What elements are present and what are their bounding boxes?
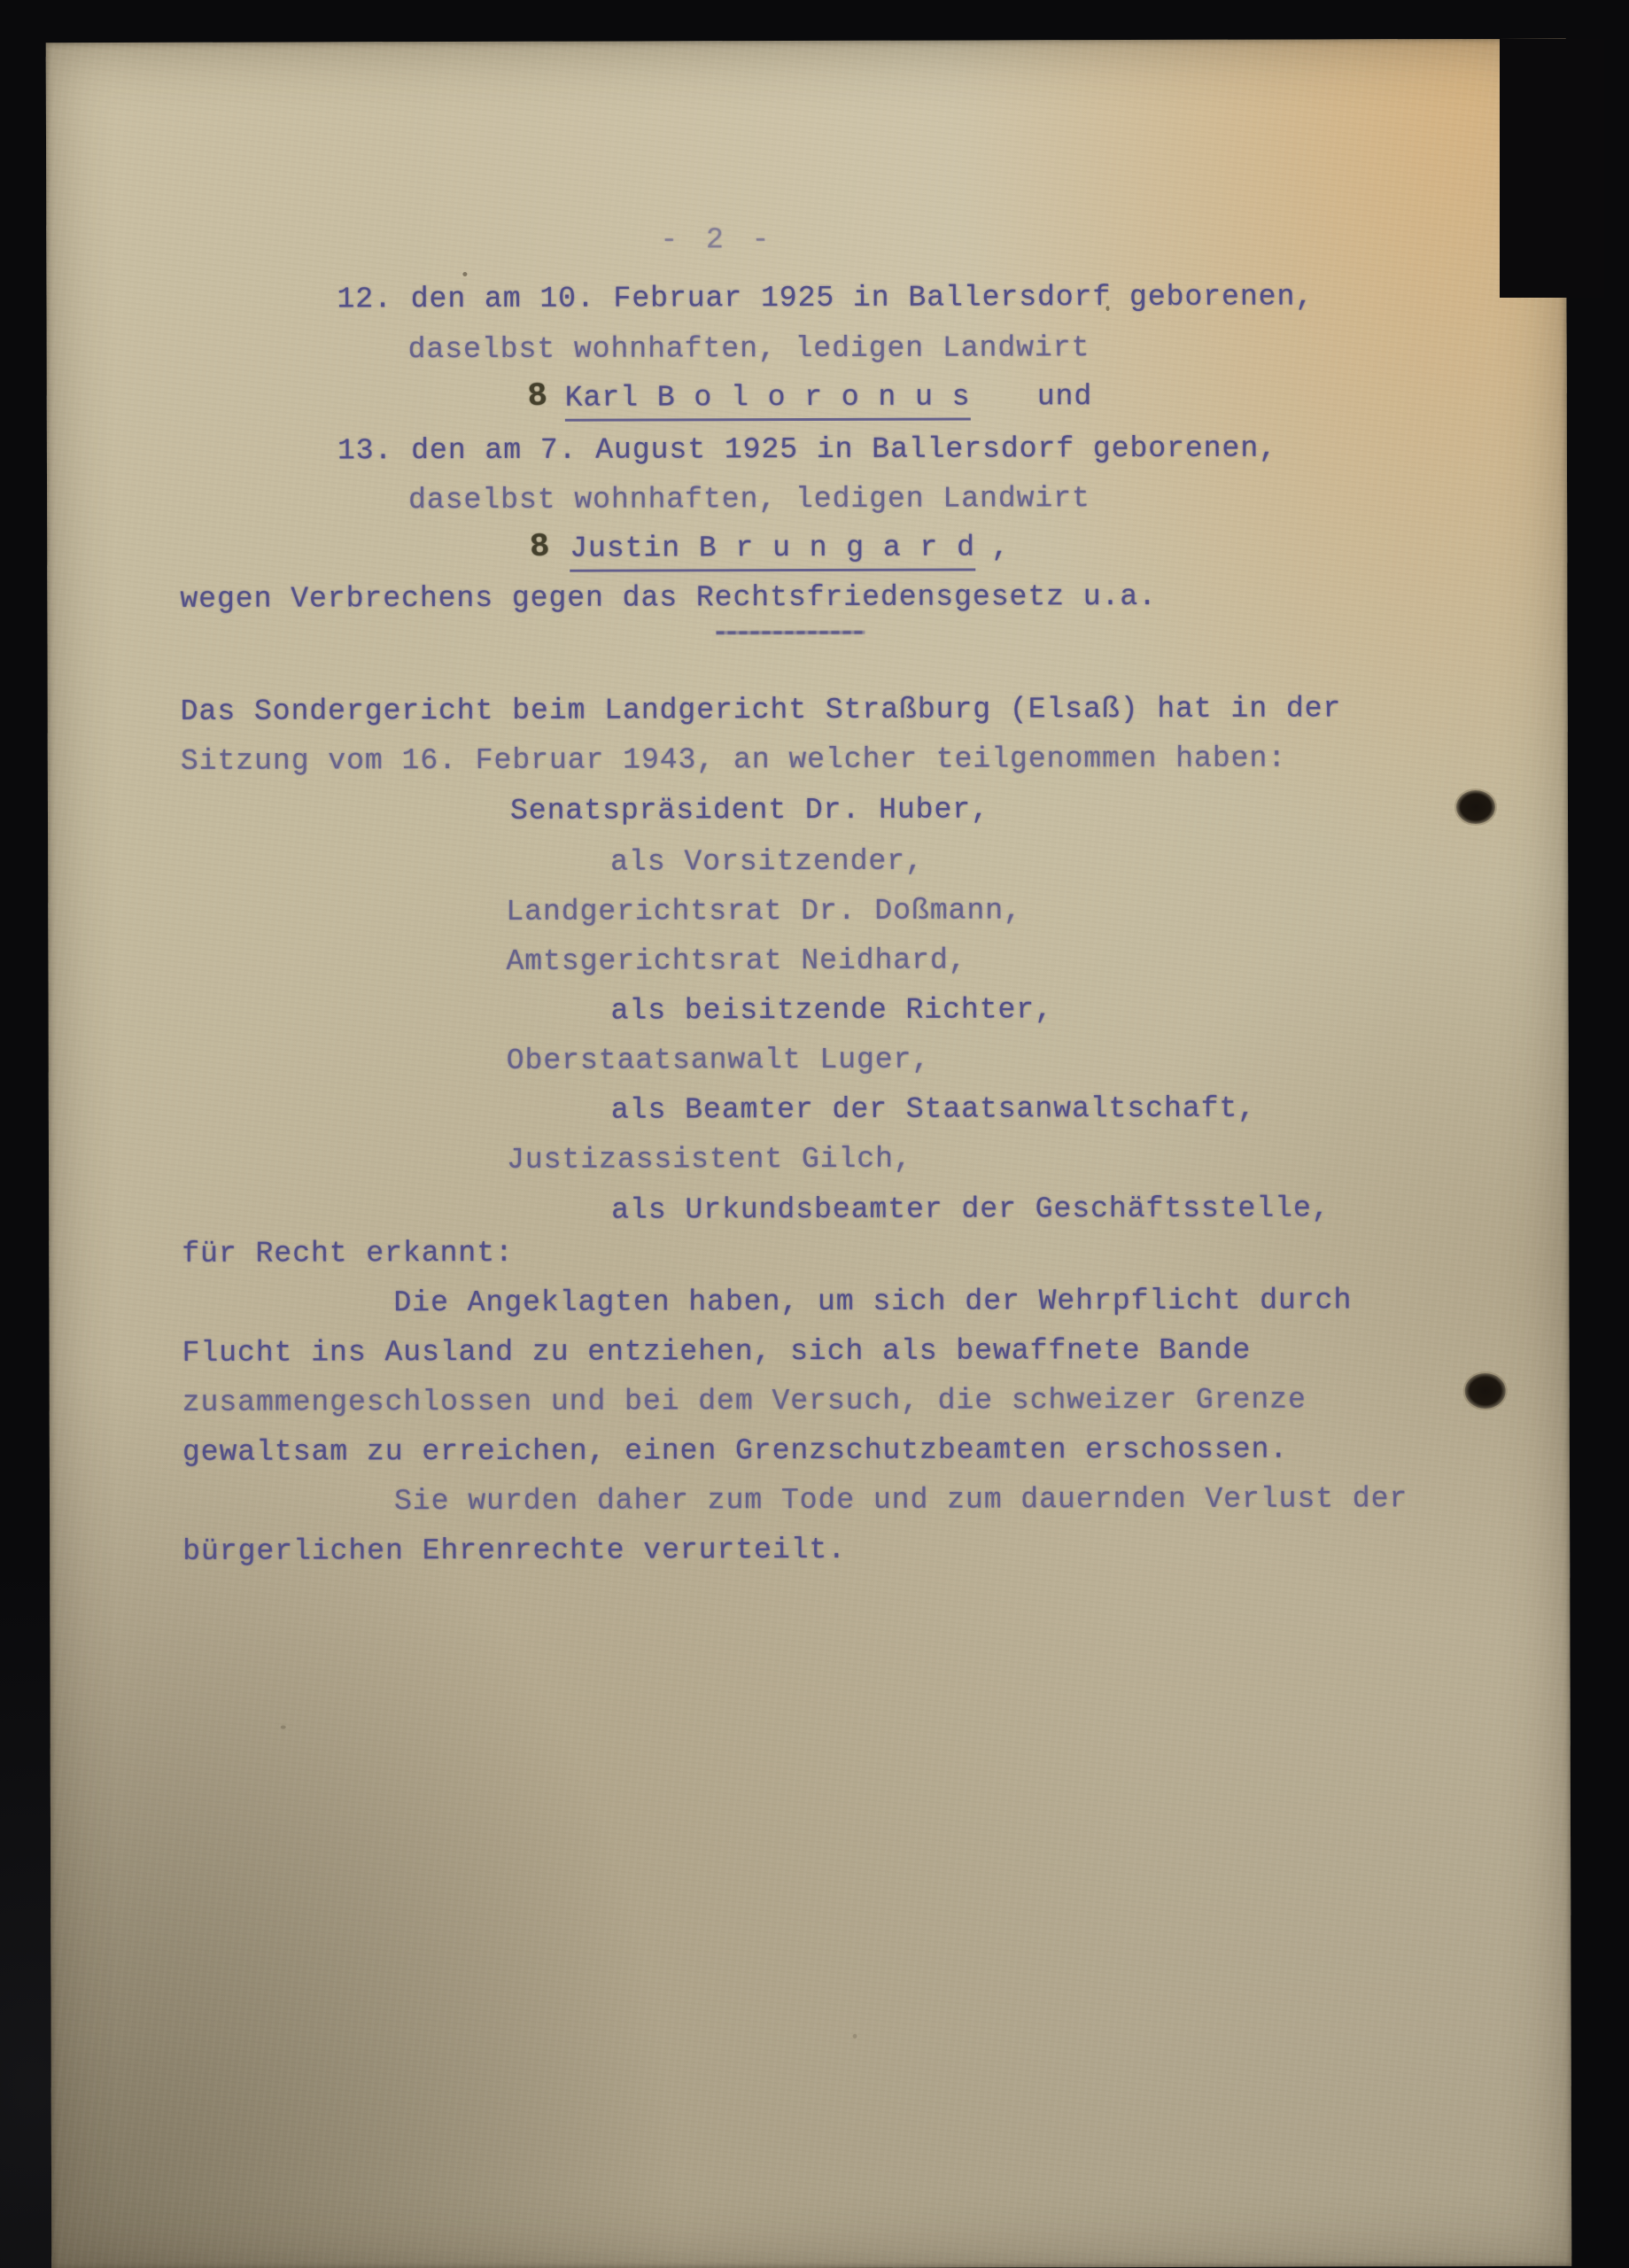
verdict-line: gewaltsam zu erreichen, einen Grenzschut… <box>182 1433 1288 1470</box>
punch-hole <box>1465 1373 1506 1409</box>
charge-line: wegen Verbrechens gegen das Rechtsfriede… <box>180 580 1157 617</box>
defendant-name: Karl B o l o r o n u s <box>565 381 971 422</box>
participant-line: als Vorsitzender, <box>610 845 924 880</box>
paper-speck <box>462 272 467 276</box>
scan-background: - 2 - 12. den am 10. Februar 1925 in Bal… <box>0 0 1629 2268</box>
paper-page: - 2 - 12. den am 10. Februar 1925 in Bal… <box>46 39 1572 2268</box>
participant-line: Landgerichtsrat Dr. Doßmann, <box>506 894 1022 928</box>
court-intro-line-1: Das Sondergericht beim Landgericht Straß… <box>181 692 1342 728</box>
participant-line: Oberstaatsanwalt Luger, <box>507 1044 931 1078</box>
participant-line: Amtsgerichtsrat Neidhard, <box>506 944 966 979</box>
separator-rule <box>716 631 865 634</box>
page-number: - 2 - <box>660 223 774 257</box>
verdict-line: Sie wurden daher zum Tode und zum dauern… <box>394 1482 1408 1518</box>
defendant-13-index-line: 13. den am 7. August 1925 in Ballersdorf… <box>337 432 1277 469</box>
verdict-line: Flucht ins Ausland zu entziehen, sich al… <box>182 1334 1252 1371</box>
torn-corner <box>1500 39 1604 298</box>
handwritten-marker: 8 <box>529 528 552 567</box>
defendant-name-suffix: und <box>1037 380 1093 414</box>
court-intro-line-2: Sitzung vom 16. Februar 1943, an welcher… <box>181 742 1286 779</box>
verdict-line: zusammengeschlossen und bei dem Versuch,… <box>182 1384 1307 1420</box>
defendant-name-suffix: , <box>991 531 1010 564</box>
paper-speck <box>281 1726 286 1729</box>
paper-speck <box>853 2034 857 2039</box>
verdict-intro-line: für Recht erkannt: <box>182 1237 514 1271</box>
participant-line: als beisitzende Richter, <box>611 993 1053 1028</box>
participant-line: als Beamter der Staatsanwaltschaft, <box>611 1092 1256 1128</box>
verdict-line: Die Angeklagten haben, um sich der Wehrp… <box>393 1284 1352 1320</box>
handwritten-marker: 8 <box>526 377 549 416</box>
defendant-name: Justin B r u n g a r d <box>570 532 975 572</box>
participant-line: als Urkundsbeamter der Geschäftsstelle, <box>611 1192 1330 1227</box>
punch-hole <box>1456 790 1495 824</box>
verdict-line: bürgerlichen Ehrenrechte verurteilt. <box>182 1534 846 1569</box>
defendant-13-residence-line: daselbst wohnhaften, ledigen Landwirt <box>408 482 1090 517</box>
participant-line: Justizassistent Gilch, <box>507 1143 912 1177</box>
participant-line: Senatspräsident Dr. Huber, <box>510 793 989 827</box>
defendant-12-index-line: 12. den am 10. Februar 1925 in Ballersdo… <box>337 281 1314 317</box>
defendant-12-residence-line: daselbst wohnhaften, ledigen Landwirt <box>408 331 1090 367</box>
paper-speck <box>1105 306 1109 311</box>
